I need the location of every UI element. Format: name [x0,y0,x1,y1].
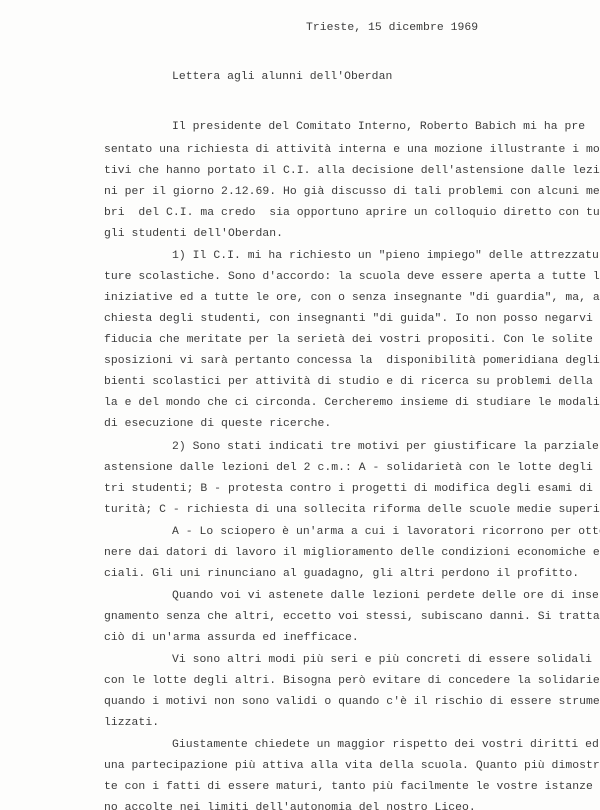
body-line: una partecipazione più attiva alla vita … [104,759,600,773]
body-line: A - Lo sciopero è un'arma a cui i lavora… [172,525,600,539]
body-line: tri studenti; B - protesta contro i prog… [104,482,600,496]
body-line: ciali. Gli uni rinunciano al guadagno, g… [104,567,579,581]
body-line: gli studenti dell'Oberdan. [104,227,283,241]
body-line: ni per il giorno 2.12.69. Ho già discuss… [104,185,600,199]
body-line: la e del mondo che ci circonda. Cerchere… [104,396,600,410]
body-line: sposizioni vi sarà pertanto concessa la … [104,354,600,368]
body-line: 1) Il C.I. mi ha richiesto un "pieno imp… [172,249,599,263]
body-line: 2) Sono stati indicati tre motivi per gi… [172,440,599,454]
body-line: bienti scolastici per attività di studio… [104,375,600,389]
body-line: gnamento senza che altri, eccetto voi st… [104,610,600,624]
body-line: tivi che hanno portato il C.I. alla deci… [104,164,600,178]
body-line: no accolte nei limiti dell'autonomia del… [104,801,476,810]
typewritten-letter-page: Trieste, 15 dicembre 1969 Lettera agli a… [0,0,600,810]
body-line: Il presidente del Comitato Interno, Robe… [172,120,585,134]
letter-title: Lettera agli alunni dell'Oberdan [172,70,392,84]
body-line: te con i fatti di essere maturi, tanto p… [104,780,600,794]
body-line: ciò di un'arma assurda ed inefficace. [104,631,359,645]
body-line: bri del C.I. ma credo sia opportuno apri… [104,206,600,220]
body-line: Vi sono altri modi più seri e più concre… [172,653,592,667]
body-line: iniziative ed a tutte le ore, con o senz… [104,291,600,305]
place-date: Trieste, 15 dicembre 1969 [306,21,478,35]
body-line: chiesta degli studenti, con insegnanti "… [104,312,600,326]
body-line: lizzati. [104,716,159,730]
body-line: con le lotte degli altri. Bisogna però e… [104,674,600,688]
body-line: quando i motivi non sono validi o quando… [104,695,600,709]
body-line: fiducia che meritate per la serietà dei … [104,333,600,347]
body-line: di esecuzione di queste ricerche. [104,417,331,431]
body-line: astensione dalle lezioni del 2 c.m.: A -… [104,461,600,475]
body-line: Giustamente chiedete un maggior rispetto… [172,738,599,752]
body-line: Quando voi vi astenete dalle lezioni per… [172,589,600,603]
body-line: nere dai datori di lavoro il miglioramen… [104,546,600,560]
body-line: turità; C - richiesta di una sollecita r… [104,503,600,517]
body-line: sentato una richiesta di attività intern… [104,143,600,157]
body-line: ture scolastiche. Sono d'accordo: la scu… [104,270,600,284]
